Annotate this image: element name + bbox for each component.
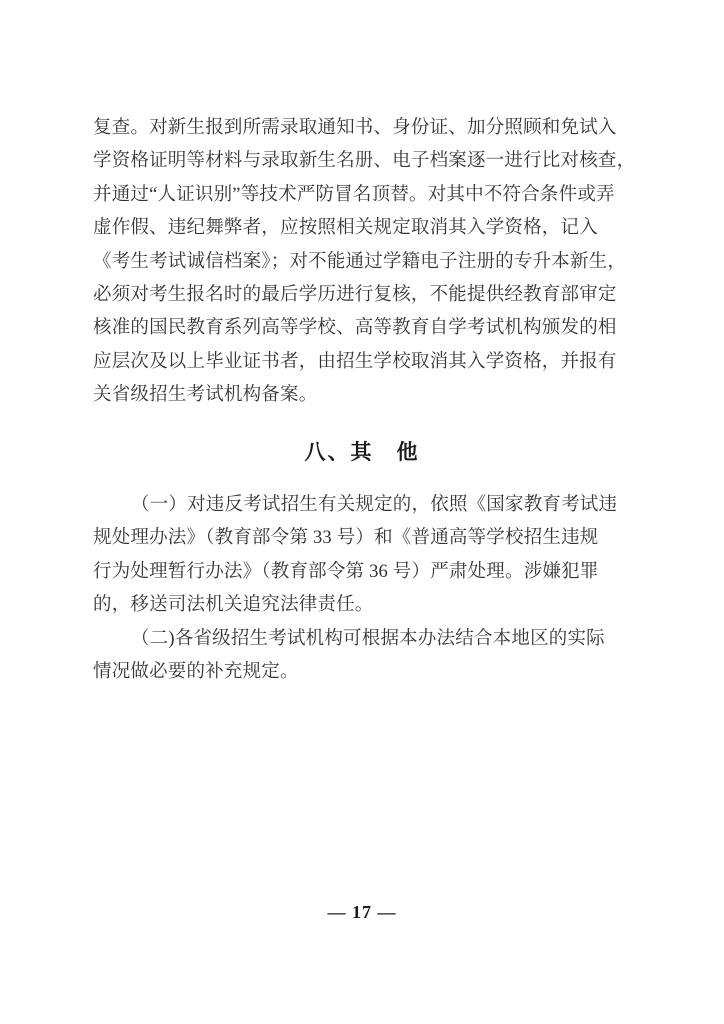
text-line: 学资格证明等材料与录取新生名册、电子档案逐一进行比对核查， — [93, 145, 635, 178]
paragraph-continuation: 复查。对新生报到所需录取通知书、身份证、加分照顾和免试入 学资格证明等材料与录取… — [93, 112, 635, 413]
text-line: 关省级招生考试机构备案。 — [93, 379, 635, 412]
text-line: 并通过“人证识别”等技术严防冒名顶替。对其中不符合条件或弄 — [93, 179, 635, 212]
text-line: 的，移送司法机关追究法律责任。 — [93, 589, 635, 622]
text-line: 情况做必要的补充规定。 — [93, 656, 635, 689]
section-heading: 八、其 他 — [0, 436, 724, 469]
text-line: 应层次及以上毕业证书者，由招生学校取消其入学资格，并报有 — [93, 346, 635, 379]
text-line: 核准的国民教育系列高等学校、高等教育自学考试机构颁发的相 — [93, 312, 635, 345]
section-other-body: （一）对违反考试招生有关规定的，依照《国家教育考试违 规处理办法》（教育部令第 … — [93, 489, 635, 689]
text-line: 《考生考试诚信档案》；对不能通过学籍电子注册的专升本新生， — [93, 246, 635, 279]
text-line: 复查。对新生报到所需录取通知书、身份证、加分照顾和免试入 — [93, 112, 635, 145]
text-line: （一）对违反考试招生有关规定的，依照《国家教育考试违 — [93, 489, 635, 522]
text-line: 行为处理暂行办法》（教育部令第 36 号）严肃处理。涉嫌犯罪 — [93, 556, 635, 589]
page-number: — 17 — — [0, 901, 724, 923]
text-line: 必须对考生报名时的最后学历进行复核，不能提供经教育部审定 — [93, 279, 635, 312]
text-line: （二)各省级招生考试机构可根据本办法结合本地区的实际 — [93, 623, 635, 656]
text-line: 规处理办法》（教育部令第 33 号）和《普通高等学校招生违规 — [93, 522, 635, 555]
text-line: 虚作假、违纪舞弊者，应按照相关规定取消其入学资格，记入 — [93, 212, 635, 245]
document-page: 复查。对新生报到所需录取通知书、身份证、加分照顾和免试入 学资格证明等材料与录取… — [0, 0, 724, 1024]
